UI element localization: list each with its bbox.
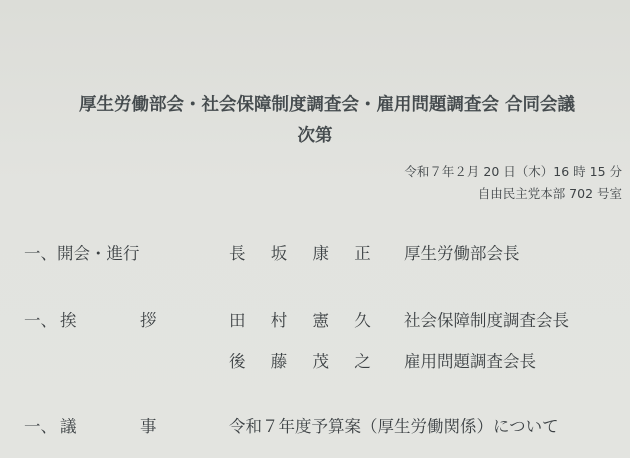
agenda-item-proceedings: 一、 議 事 令和７年度予算案（厚生労働関係）について	[0, 413, 630, 439]
speaker-name: 後 藤 茂 之	[229, 348, 381, 372]
speaker-name: 田 村 憲 久	[229, 307, 381, 331]
agenda-item-greetings: 一、 挨 拶 田 村 憲 久 社会保障制度調査会長	[0, 307, 630, 333]
agenda-bullet: 一、	[24, 413, 57, 437]
speaker-role: 社会保障制度調査会長	[404, 307, 569, 331]
meeting-location: 自由民主党本部 702 号室	[478, 184, 622, 202]
document-subtitle: 次第	[0, 122, 630, 147]
agenda-bullet: 一、	[24, 307, 57, 331]
agenda-item-greetings-2: 後 藤 茂 之 雇用問題調査会長	[0, 348, 630, 374]
bullet-text: 一、	[24, 244, 57, 263]
agenda-label-part1: 挨	[60, 307, 77, 331]
speaker-role: 厚生労働部会長	[404, 240, 520, 264]
agenda-label-part1: 議	[60, 413, 77, 437]
agenda-label: 開会・進行	[57, 244, 140, 263]
agenda-label-part2: 拶	[140, 307, 157, 331]
speaker-role: 雇用問題調査会長	[404, 348, 536, 372]
meeting-datetime: 令和７年２月 20 日（木）16 時 15 分	[404, 162, 622, 180]
document-title: 厚生労働部会・社会保障制度調査会・雇用問題調査会 合同会議	[12, 91, 630, 116]
agenda-label-part2: 事	[140, 413, 157, 437]
document-page: 厚生労働部会・社会保障制度調査会・雇用問題調査会 合同会議 次第 令和７年２月 …	[0, 0, 630, 458]
agenda-item-opening: 一、開会・進行 長 坂 康 正 厚生労働部会長	[0, 240, 630, 266]
agenda-content: 令和７年度予算案（厚生労働関係）について	[229, 413, 559, 437]
agenda-bullet: 一、開会・進行	[24, 240, 140, 264]
speaker-name: 長 坂 康 正	[229, 240, 381, 264]
